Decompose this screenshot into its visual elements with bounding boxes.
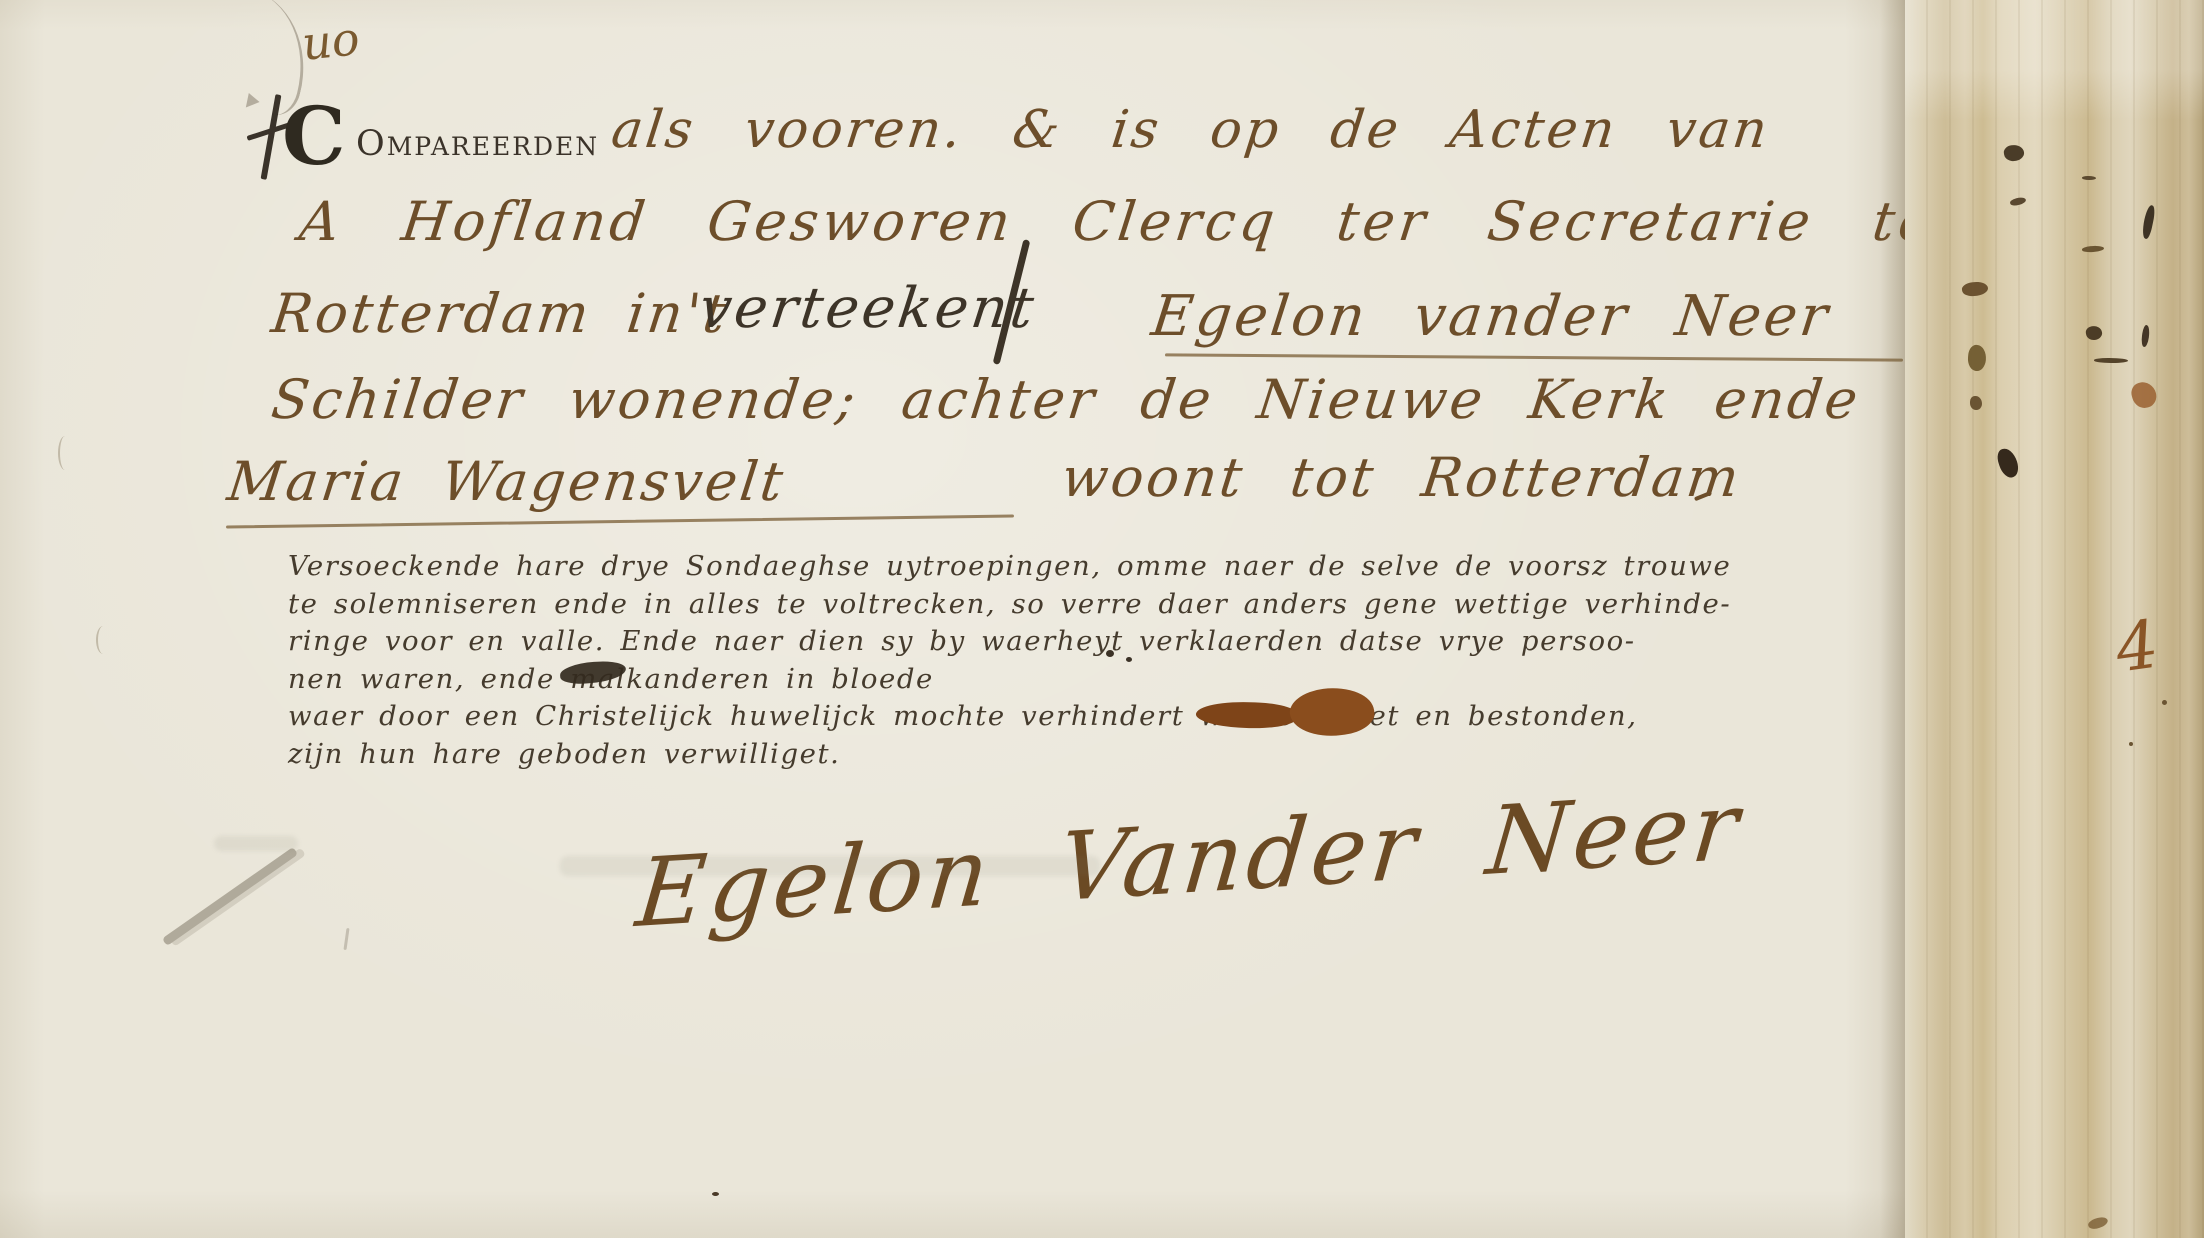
handwritten-line-clerk: A Hofland Gesworen Clercq ter Secretarie… <box>296 190 1965 253</box>
edge-ink-mark <box>2141 204 2157 239</box>
ink-dot <box>1106 650 1114 657</box>
handwritten-name-groom: Egelon vander Neer <box>1148 284 1834 349</box>
printed-line: zijn hun hare geboden verwilliget. <box>288 736 1718 774</box>
edge-ink-mark <box>2141 325 2151 348</box>
edge-ink-mark <box>1970 396 1982 410</box>
printed-line: ringe voor en valle. Ende naer dien sy b… <box>288 623 1718 661</box>
folio-number: 4 <box>2111 605 2163 687</box>
edge-ink-mark <box>2094 358 2128 363</box>
handwritten-name-bride: Maria Wagensvelt <box>224 450 789 513</box>
ink-dot <box>1126 657 1132 662</box>
handwritten-heading-continuation: als vooren. & is op de Acten van <box>608 100 1773 160</box>
edge-ink-mark <box>2129 379 2159 410</box>
printed-initial-letter: C <box>282 96 346 176</box>
edge-ink-mark <box>2129 742 2133 746</box>
margin-pencil-mark <box>96 626 110 654</box>
underline-bride-name <box>226 514 1014 528</box>
edge-ink-mark <box>2009 196 2026 207</box>
printed-line: waer door een Christelijck huwelijck moc… <box>288 698 1718 736</box>
handwritten-line-city: Rotterdam in't <box>268 282 732 345</box>
edge-ink-mark <box>2087 1215 2109 1231</box>
edge-ink-mark <box>2082 176 2096 180</box>
ink-dot <box>712 1192 719 1196</box>
edge-ink-mark <box>1967 344 1987 371</box>
printed-heading-word: Ompareerden <box>356 124 599 164</box>
top-annotation-mark: uo <box>299 11 362 71</box>
edge-ink-mark <box>2085 324 2104 341</box>
printed-line: Versoeckende hare drye Sondaeghse uytroe… <box>288 548 1718 586</box>
margin-pencil-mark <box>58 436 72 470</box>
book-fore-edge: 4 <box>1905 0 2204 1238</box>
manuscript-scan: uo C Ompareerden als vooren. & is op de … <box>0 0 2204 1238</box>
handwritten-word-signed: verteekent <box>696 276 1040 341</box>
show-through-text <box>560 856 1100 876</box>
edge-ink-mark <box>1995 446 2021 480</box>
edge-ink-mark <box>2003 143 2025 162</box>
show-through-text <box>214 836 298 851</box>
handwritten-line-residence: woont tot Rotterdam <box>1058 446 1745 509</box>
printed-line: nen waren, ende malkanderen in bloede <box>288 661 1718 699</box>
pencil-slash-mark <box>162 847 298 946</box>
printed-banns-formula: Versoeckende hare drye Sondaeghse uytroe… <box>288 548 1718 773</box>
manuscript-page: uo C Ompareerden als vooren. & is op de … <box>0 0 1905 1238</box>
edge-ink-mark <box>1961 280 1989 297</box>
printed-line: te solemniseren ende in alles te voltrec… <box>288 586 1718 624</box>
edge-ink-mark <box>2162 700 2167 705</box>
underline-groom-name <box>1165 353 1903 361</box>
edge-ink-mark <box>2082 245 2104 253</box>
handwritten-line-occupation: Schilder wonende; achter de Nieuwe Kerk … <box>268 368 1864 431</box>
pencil-tick-mark <box>343 928 349 950</box>
